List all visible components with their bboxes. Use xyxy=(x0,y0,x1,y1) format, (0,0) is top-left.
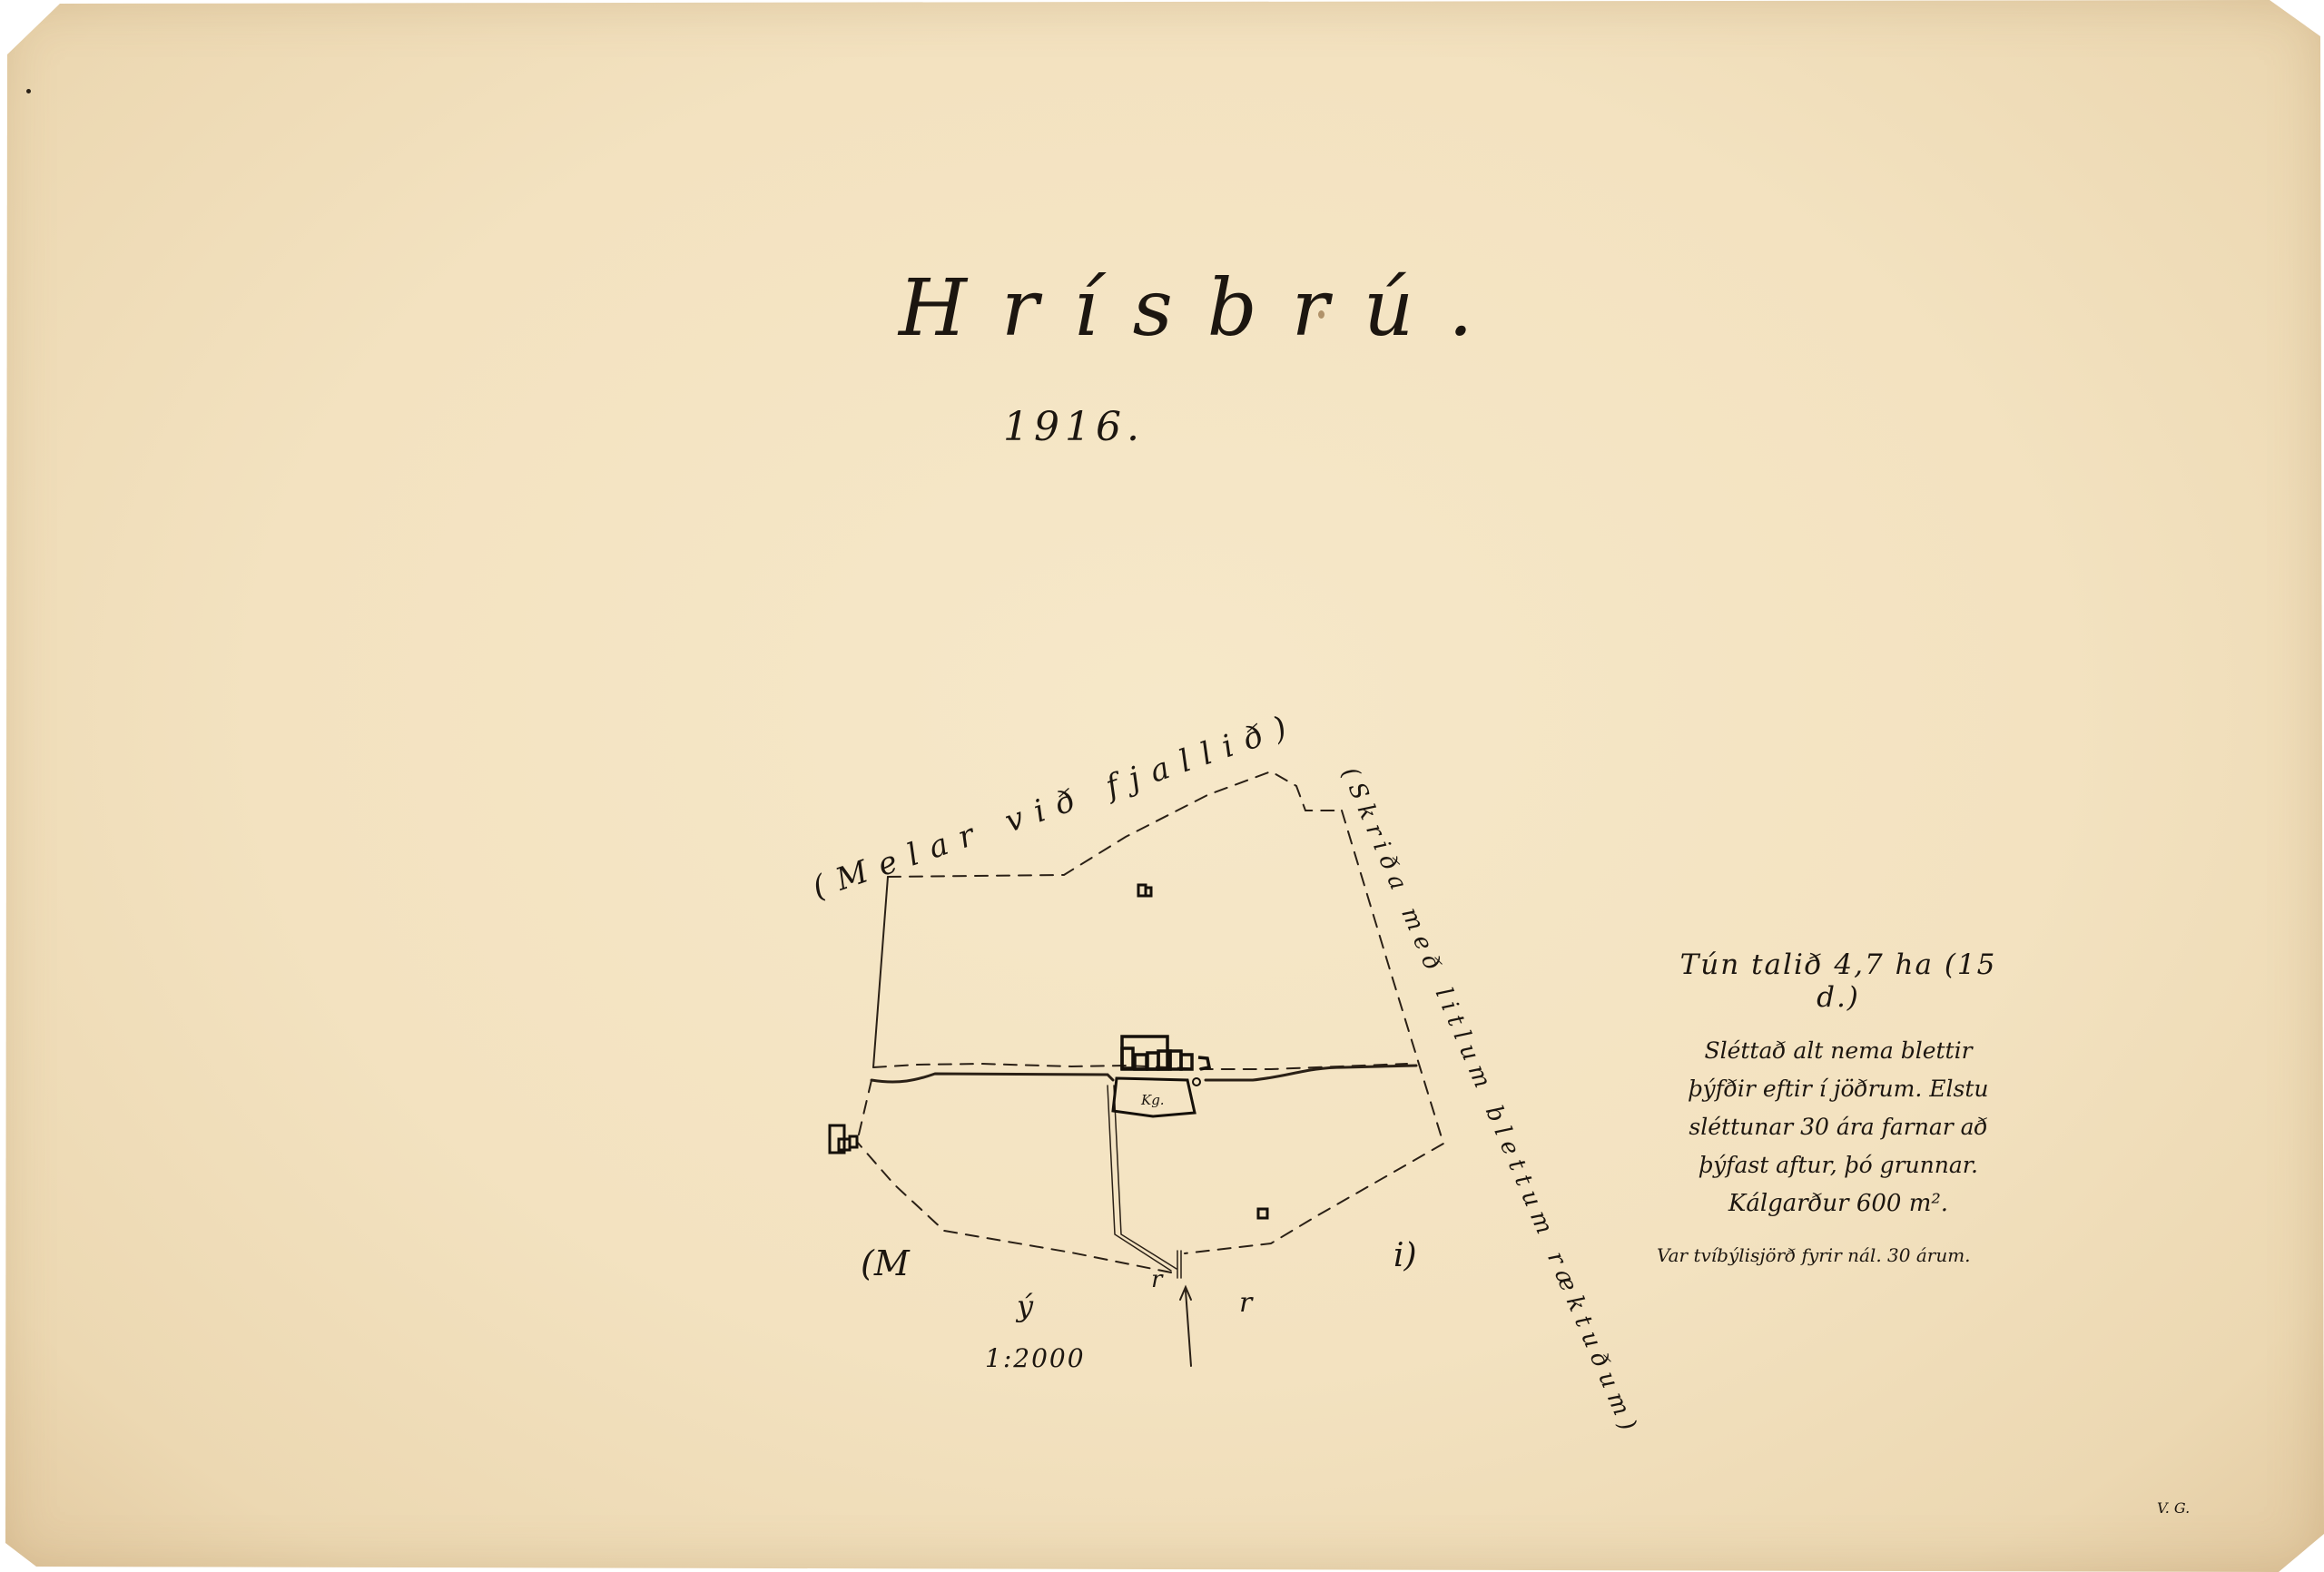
label-south-r2: r xyxy=(1239,1287,1254,1319)
road-solid xyxy=(871,1074,1113,1082)
note-footer: Var tvíbýlisjörð fyrir nál. 30 árum. xyxy=(1657,1244,2011,1266)
note-paragraph-line-3: sléttunar 30 ára farnar að xyxy=(1666,1108,2011,1146)
building-shed xyxy=(1198,1057,1209,1069)
label-south-i: i) xyxy=(1393,1237,1417,1274)
label-kitchen-garden: Kg. xyxy=(1140,1092,1165,1108)
author-initials: V. G. xyxy=(2157,1499,2190,1517)
notes-block: Tún talið 4,7 ha (15 d.) Sléttað alt nem… xyxy=(1666,948,2011,1266)
outbuilding-south xyxy=(1258,1209,1267,1218)
label-south-r: r xyxy=(1151,1266,1164,1293)
well-marker xyxy=(1193,1078,1200,1086)
boundary-west-lower xyxy=(859,1080,871,1135)
fence-west xyxy=(873,877,888,1067)
note-kitchen-garden-area: Kálgarður 600 m². xyxy=(1666,1190,2011,1217)
building-main-back xyxy=(1122,1037,1167,1069)
north-arrow-shaft xyxy=(1186,1291,1191,1366)
map-scale: 1:2000 xyxy=(985,1343,1086,1373)
lane-end xyxy=(1177,1251,1181,1278)
note-paragraph-line-1: Sléttað alt nema blettir xyxy=(1666,1032,2011,1070)
label-south-m: (M xyxy=(861,1243,911,1283)
note-paragraph-line-2: þýfðir eftir í jöðrum. Elstu xyxy=(1666,1070,2011,1108)
note-paragraph-line-4: þýfast aftur, þó grunnar. xyxy=(1666,1146,2011,1184)
note-homefield-area: Tún talið 4,7 ha (15 d.) xyxy=(1666,948,2011,1014)
farm-map: (Melar við fjallið) (Skriða með litlum b… xyxy=(0,0,2324,1572)
label-south-y: ý xyxy=(1015,1289,1034,1323)
label-north-boundary: (Melar við fjallið) xyxy=(808,705,1304,906)
label-east-boundary: (Skriða með litlum blettum ræktuðum) xyxy=(1336,763,1645,1441)
